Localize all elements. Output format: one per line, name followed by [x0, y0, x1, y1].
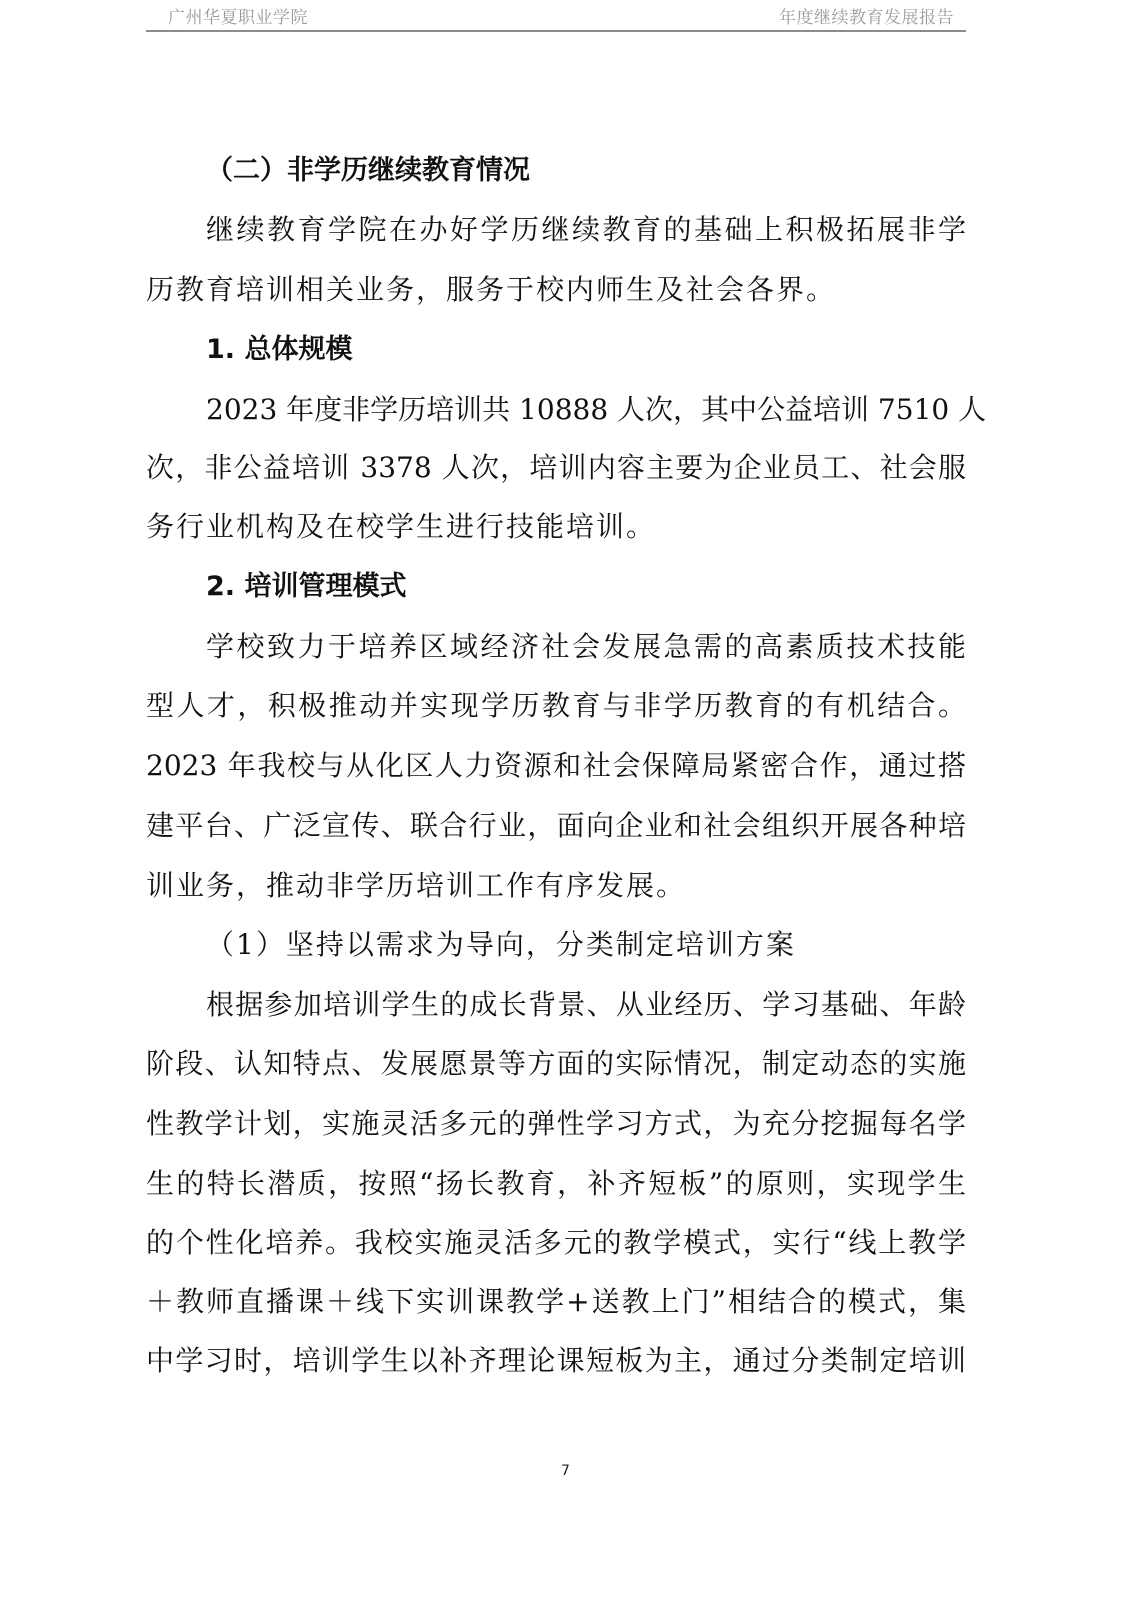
item-1-line-7: 中学习时，培训学生以补齐理论课短板为主，通过分类制定培训: [146, 1341, 966, 1381]
header-report-title: 年度继续教育发展报告: [779, 3, 954, 28]
page-header: 广州华夏职业学院 年度继续教育发展报告: [146, 0, 966, 32]
item-1-line-3: 性教学计划，实施灵活多元的弹性学习方式，为充分挖掘每名学: [146, 1104, 966, 1144]
subsection-2-title: 2. 培训管理模式: [206, 567, 966, 607]
subsection-1-title: 1. 总体规模: [206, 330, 966, 370]
scale-paragraph-line-1: 2023 年度非学历培训共 10888 人次，其中公益培训 7510 人: [206, 390, 966, 430]
intro-line-1: 继续教育学院在办好学历继续教育的基础上积极拓展非学: [206, 210, 966, 250]
item-1-line-2: 阶段、认知特点、发展愿景等方面的实际情况，制定动态的实施: [146, 1044, 966, 1084]
intro-line-2: 历教育培训相关业务，服务于校内师生及社会各界。: [146, 270, 966, 310]
scale-paragraph-line-2: 次，非公益培训 3378 人次，培训内容主要为企业员工、社会服: [146, 448, 966, 488]
mgmt-paragraph-line-5: 训业务，推动非学历培训工作有序发展。: [146, 866, 966, 906]
item-1-title: （1）坚持以需求为导向，分类制定培训方案: [206, 925, 966, 965]
item-1-line-5: 的个性化培养。我校实施灵活多元的教学模式，实行“线上教学: [146, 1223, 966, 1263]
mgmt-paragraph-line-4: 建平台、广泛宣传、联合行业，面向企业和社会组织开展各种培: [146, 806, 966, 846]
section-title: （二）非学历继续教育情况: [206, 151, 966, 191]
page-number: 7: [0, 1463, 1131, 1479]
header-institution-name: 广州华夏职业学院: [168, 3, 308, 28]
mgmt-paragraph-line-1: 学校致力于培养区域经济社会发展急需的高素质技术技能: [206, 627, 966, 667]
mgmt-paragraph-line-3: 2023 年我校与从化区人力资源和社会保障局紧密合作，通过搭: [146, 746, 966, 786]
item-1-line-1: 根据参加培训学生的成长背景、从业经历、学习基础、年龄: [206, 985, 966, 1025]
mgmt-paragraph-line-2: 型人才，积极推动并实现学历教育与非学历教育的有机结合。: [146, 686, 966, 726]
item-1-line-4: 生的特长潜质，按照“扬长教育，补齐短板”的原则，实现学生: [146, 1164, 966, 1204]
scale-paragraph-line-3: 务行业机构及在校学生进行技能培训。: [146, 507, 966, 547]
item-1-line-6: ＋教师直播课＋线下实训课教学+送教上门”相结合的模式，集: [146, 1282, 966, 1322]
